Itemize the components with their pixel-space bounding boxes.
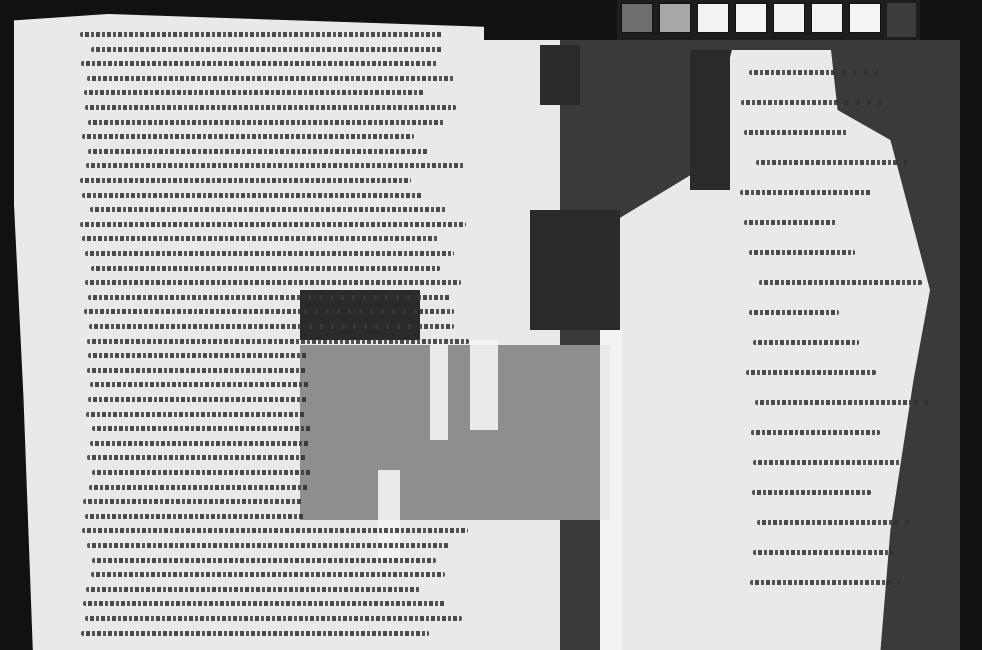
script-line — [84, 90, 424, 95]
papyrus-fiber — [430, 340, 448, 440]
script-line — [87, 76, 455, 81]
script-line — [759, 280, 923, 285]
script-line — [749, 310, 839, 315]
script-line — [89, 485, 309, 490]
calibration-swatch — [773, 3, 805, 33]
script-line — [83, 601, 446, 606]
script-line — [757, 520, 915, 525]
script-line — [82, 236, 438, 241]
script-line — [91, 266, 440, 271]
script-line — [82, 134, 414, 139]
papyrus-fiber — [600, 330, 622, 650]
script-line — [90, 441, 310, 446]
script-line — [85, 251, 454, 256]
lacuna-upper-right — [690, 50, 730, 190]
script-line — [89, 324, 454, 329]
grayscale-calibration-strip — [617, 0, 920, 40]
script-line — [84, 309, 454, 314]
script-line — [88, 353, 308, 358]
calibration-swatch — [849, 3, 881, 33]
script-line — [80, 222, 466, 227]
script-line — [92, 558, 436, 563]
papyrus-photo — [0, 0, 982, 650]
script-line — [751, 430, 880, 435]
script-line — [85, 514, 305, 519]
script-line — [87, 339, 469, 344]
calibration-swatch — [697, 3, 729, 33]
calibration-swatch — [735, 3, 767, 33]
script-line — [746, 370, 876, 375]
script-line — [87, 455, 307, 460]
script-line — [88, 295, 451, 300]
script-line — [92, 470, 312, 475]
script-line — [91, 47, 443, 52]
script-line — [740, 190, 871, 195]
lacuna-right — [530, 210, 620, 330]
script-line — [91, 572, 445, 577]
script-line — [80, 32, 443, 37]
script-line — [744, 220, 837, 225]
script-line — [83, 499, 303, 504]
grey-backing-patch — [300, 345, 610, 520]
script-line — [741, 100, 887, 105]
script-line — [85, 105, 455, 110]
calibration-swatch — [621, 3, 653, 33]
script-line — [81, 631, 429, 636]
script-line — [88, 120, 446, 125]
script-line — [753, 550, 893, 555]
script-line — [750, 580, 899, 585]
calibration-strip-end — [887, 3, 916, 37]
calibration-swatch — [659, 3, 691, 33]
script-line — [86, 163, 465, 168]
script-line — [755, 400, 928, 405]
script-line — [86, 587, 420, 592]
script-line — [749, 70, 880, 75]
script-line — [753, 460, 901, 465]
script-line — [82, 528, 467, 533]
script-line — [87, 543, 449, 548]
script-line — [88, 397, 308, 402]
lacuna-top — [540, 45, 580, 105]
script-line — [756, 160, 906, 165]
script-line — [90, 382, 310, 387]
script-line — [753, 340, 860, 345]
script-line — [85, 280, 461, 285]
script-line — [744, 130, 849, 135]
script-line — [80, 178, 410, 183]
script-line — [87, 368, 307, 373]
script-line — [86, 412, 306, 417]
script-line — [81, 61, 438, 66]
script-line — [92, 426, 312, 431]
script-line — [88, 149, 429, 154]
script-line — [85, 616, 462, 621]
script-line — [82, 193, 423, 198]
papyrus-fiber — [470, 340, 498, 430]
script-line — [749, 250, 855, 255]
script-line — [90, 207, 447, 212]
script-line — [752, 490, 871, 495]
calibration-swatch — [811, 3, 843, 33]
